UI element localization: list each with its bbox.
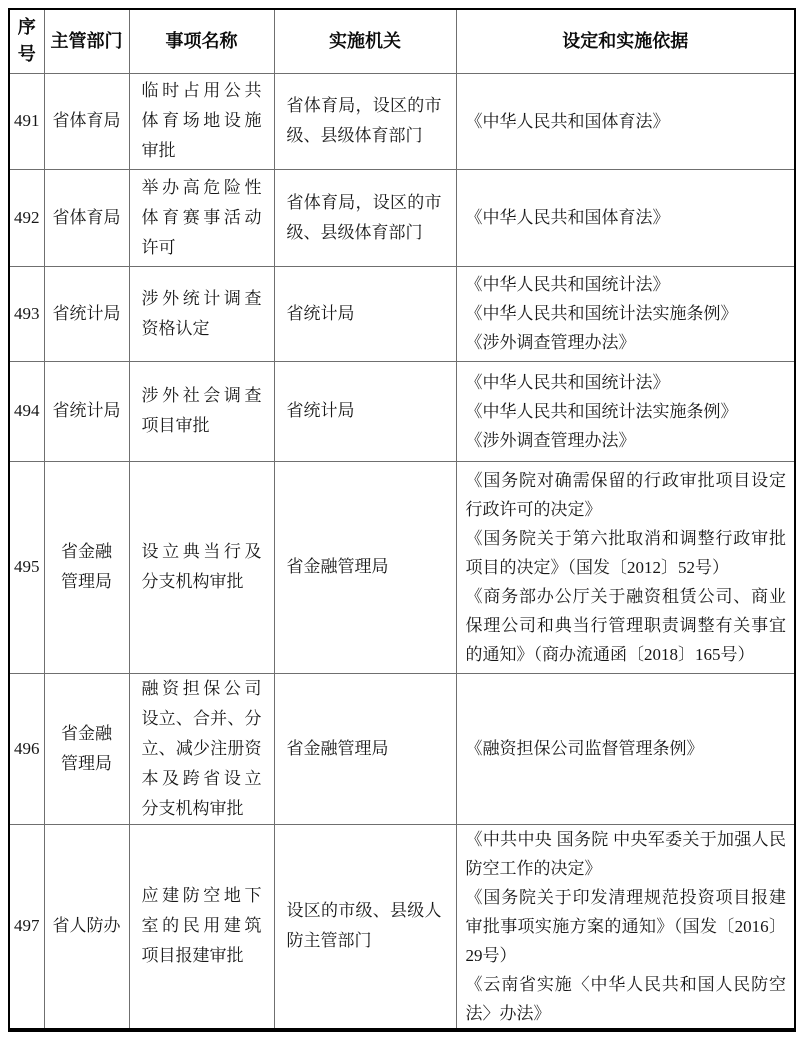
- header-basis: 设定和实施依据: [456, 9, 795, 73]
- table-body: 491 省体育局 临时占用公共体育场地设施审批 省体育局，设区的市级、县级体育部…: [9, 73, 795, 1030]
- text-line: 资格认定: [142, 314, 262, 344]
- text-line: 《云南省实施〈中华人民共和国人民防空法〉办法》: [466, 970, 787, 1028]
- table-row: 492 省体育局 举办高危险性体育赛事活动许可 省体育局，设区的市级、县级体育部…: [9, 169, 795, 266]
- text-line: 涉外社会调查: [142, 381, 262, 411]
- table-header: 序 号 主管部门 事项名称 实施机关 设定和实施依据: [9, 9, 795, 73]
- cell-basis: 《国务院对确需保留的行政审批项目设定行政许可的决定》《国务院关于第六批取消和调整…: [456, 461, 795, 673]
- header-department: 主管部门: [44, 9, 129, 73]
- cell-basis: 《中华人民共和国体育法》: [456, 73, 795, 169]
- text-line: 举办高危险性: [142, 173, 262, 203]
- header-item-name: 事项名称: [129, 9, 274, 73]
- cell-department: 省统计局: [44, 266, 129, 361]
- cell-department: 省人防办: [44, 824, 129, 1030]
- text-line: 项目报建审批: [142, 941, 262, 971]
- text-line: 融资担保公司: [142, 674, 262, 704]
- text-line: 《中华人民共和国体育法》: [466, 107, 787, 136]
- text-line: 体育赛事活动: [142, 203, 262, 233]
- text-line: 《融资担保公司监督管理条例》: [466, 734, 787, 763]
- cell-department: 省体育局: [44, 73, 129, 169]
- cell-seq: 494: [9, 361, 44, 461]
- header-row: 序 号 主管部门 事项名称 实施机关 设定和实施依据: [9, 9, 795, 73]
- table-row: 496 省金融 管理局 融资担保公司设立、合并、分立、减少注册资本及跨省设立分支…: [9, 673, 795, 824]
- text-line: 《国务院关于印发清理规范投资项目报建审批事项实施方案的通知》（国发〔2016〕2…: [466, 883, 787, 970]
- cell-basis: 《中华人民共和国统计法》《中华人民共和国统计法实施条例》《涉外调查管理办法》: [456, 361, 795, 461]
- text-line: 《中华人民共和国统计法实施条例》: [466, 299, 787, 328]
- text-line: 立、减少注册资: [142, 734, 262, 764]
- text-line: 省统计局: [287, 396, 442, 426]
- text-line: 本及跨省设立: [142, 764, 262, 794]
- cell-agency: 省统计局: [274, 361, 456, 461]
- text-line: 《中华人民共和国体育法》: [466, 203, 787, 232]
- table-row: 494 省统计局 涉外社会调查项目审批 省统计局 《中华人民共和国统计法》《中华…: [9, 361, 795, 461]
- cell-agency: 省统计局: [274, 266, 456, 361]
- cell-item-name: 涉外统计调查资格认定: [129, 266, 274, 361]
- text-line: 审批: [142, 136, 262, 166]
- text-line: 省金融管理局: [287, 734, 442, 764]
- cell-item-name: 涉外社会调查项目审批: [129, 361, 274, 461]
- text-line: 《中华人民共和国统计法》: [466, 368, 787, 397]
- text-line: 项目审批: [142, 411, 262, 441]
- cell-seq: 496: [9, 673, 44, 824]
- text-line: 《国务院关于第六批取消和调整行政审批项目的决定》（国发〔2012〕52号）: [466, 524, 787, 582]
- text-line: 《国务院对确需保留的行政审批项目设定行政许可的决定》: [466, 466, 787, 524]
- table-row: 493 省统计局 涉外统计调查资格认定 省统计局 《中华人民共和国统计法》《中华…: [9, 266, 795, 361]
- text-line: 涉外统计调查: [142, 284, 262, 314]
- text-line: 许可: [142, 233, 262, 263]
- cell-agency: 省体育局，设区的市级、县级体育部门: [274, 169, 456, 266]
- cell-seq: 492: [9, 169, 44, 266]
- cell-seq: 493: [9, 266, 44, 361]
- text-line: 级、县级体育部门: [287, 218, 442, 248]
- cell-seq: 491: [9, 73, 44, 169]
- cell-agency: 设区的市级、县级人防主管部门: [274, 824, 456, 1030]
- text-line: 设区的市级、县级人: [287, 896, 442, 926]
- text-line: 分支机构审批: [142, 794, 262, 824]
- text-line: 室的民用建筑: [142, 911, 262, 941]
- text-line: 设立、合并、分: [142, 704, 262, 734]
- cell-agency: 省金融管理局: [274, 461, 456, 673]
- cell-item-name: 临时占用公共体育场地设施审批: [129, 73, 274, 169]
- header-agency: 实施机关: [274, 9, 456, 73]
- cell-seq: 495: [9, 461, 44, 673]
- cell-department: 省金融 管理局: [44, 673, 129, 824]
- text-line: 《涉外调查管理办法》: [466, 426, 787, 455]
- cell-basis: 《中华人民共和国统计法》《中华人民共和国统计法实施条例》《涉外调查管理办法》: [456, 266, 795, 361]
- header-seq: 序 号: [9, 9, 44, 73]
- approval-items-table: 序 号 主管部门 事项名称 实施机关 设定和实施依据 491 省体育局 临时占用…: [8, 8, 796, 1032]
- text-line: 临时占用公共: [142, 76, 262, 106]
- cell-item-name: 应建防空地下室的民用建筑项目报建审批: [129, 824, 274, 1030]
- text-line: 级、县级体育部门: [287, 121, 442, 151]
- cell-department: 省金融 管理局: [44, 461, 129, 673]
- cell-seq: 497: [9, 824, 44, 1030]
- cell-item-name: 融资担保公司设立、合并、分立、减少注册资本及跨省设立分支机构审批: [129, 673, 274, 824]
- cell-basis: 《中共中央 国务院 中央军委关于加强人民防空工作的决定》《国务院关于印发清理规范…: [456, 824, 795, 1030]
- text-line: 《中华人民共和国统计法实施条例》: [466, 397, 787, 426]
- text-line: 《商务部办公厅关于融资租赁公司、商业保理公司和典当行管理职责调整有关事宜的通知》…: [466, 582, 787, 669]
- cell-department: 省统计局: [44, 361, 129, 461]
- table-row: 495 省金融 管理局 设立典当行及分支机构审批 省金融管理局 《国务院对确需保…: [9, 461, 795, 673]
- cell-basis: 《中华人民共和国体育法》: [456, 169, 795, 266]
- text-line: 《中共中央 国务院 中央军委关于加强人民防空工作的决定》: [466, 825, 787, 883]
- cell-item-name: 举办高危险性体育赛事活动许可: [129, 169, 274, 266]
- text-line: 省体育局，设区的市: [287, 91, 442, 121]
- text-line: 《中华人民共和国统计法》: [466, 270, 787, 299]
- cell-basis: 《融资担保公司监督管理条例》: [456, 673, 795, 824]
- text-line: 体育场地设施: [142, 106, 262, 136]
- text-line: 省统计局: [287, 299, 442, 329]
- cell-agency: 省体育局，设区的市级、县级体育部门: [274, 73, 456, 169]
- cell-agency: 省金融管理局: [274, 673, 456, 824]
- text-line: 应建防空地下: [142, 881, 262, 911]
- table-row: 497 省人防办 应建防空地下室的民用建筑项目报建审批 设区的市级、县级人防主管…: [9, 824, 795, 1030]
- text-line: 设立典当行及: [142, 537, 262, 567]
- cell-department: 省体育局: [44, 169, 129, 266]
- text-line: 分支机构审批: [142, 567, 262, 597]
- text-line: 省体育局，设区的市: [287, 188, 442, 218]
- cell-item-name: 设立典当行及分支机构审批: [129, 461, 274, 673]
- text-line: 防主管部门: [287, 926, 442, 956]
- text-line: 《涉外调查管理办法》: [466, 328, 787, 357]
- text-line: 省金融管理局: [287, 552, 442, 582]
- table-row: 491 省体育局 临时占用公共体育场地设施审批 省体育局，设区的市级、县级体育部…: [9, 73, 795, 169]
